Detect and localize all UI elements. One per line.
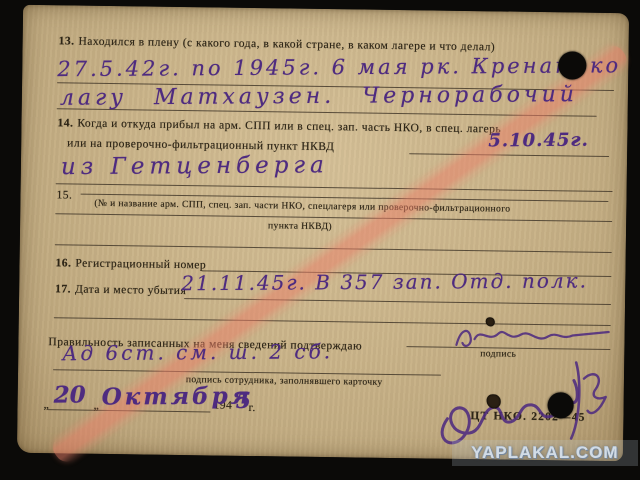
watermark-text: YAPLAKAL.COM: [471, 443, 618, 463]
item14-number: 14.: [57, 117, 73, 129]
item15-caption-line2: пункта НКВД): [268, 221, 332, 232]
ruled-line: [409, 153, 609, 157]
item14-answer-from: из Гетценберга: [61, 152, 329, 180]
item14-label-line2: или на проверочно-фильтрационный пункт Н…: [67, 137, 334, 153]
item13-answer-line2: лагу Матхаузен. Чернорабочий: [60, 82, 578, 111]
item13-number: 13.: [59, 35, 75, 47]
item13-answer-line1: 27.5.42г. по 1945г. 6 мая рк. Кренак, ко: [57, 53, 621, 81]
item16-row: 16.Регистрационный номер: [55, 257, 206, 271]
ruled-line: [56, 183, 613, 192]
item15-number: 15.: [56, 189, 72, 201]
date-month: Октября: [102, 382, 252, 410]
item14-answer-date: 5.10.45г.: [488, 130, 589, 152]
date-open-quote: „: [43, 397, 49, 412]
filtration-card-paper: 13.Находился в плену (с какого года, в к…: [17, 5, 629, 461]
item17-row: 17.Дата и место убытия: [55, 283, 186, 297]
item13-row: 13.Находился в плену (с какого года, в к…: [59, 35, 496, 53]
tiny-tear: [486, 317, 495, 326]
small-hole: [487, 394, 501, 408]
item14-label-line1: Когда и откуда прибыл на арм. СПП или в …: [77, 118, 501, 136]
item14-row: 14.Когда и откуда прибыл на арм. СПП или…: [57, 117, 501, 135]
item16-number: 16.: [55, 257, 71, 269]
item17-label: Дата и место убытия: [75, 284, 186, 298]
date-year-handwritten: 5: [236, 388, 251, 414]
photo-of-filtration-card: { "document": { "type": "Soviet NKVD fil…: [0, 0, 640, 480]
item16-label: Регистрационный номер: [75, 258, 206, 272]
item17-number: 17.: [55, 283, 71, 295]
item15-caption-line1: (№ и название арм. СПП, спец. зап. части…: [94, 199, 510, 215]
ruled-line: [55, 213, 612, 222]
ruled-line: [55, 244, 612, 253]
clerk-handwriting: Ад 6ст. см. ш. 2 сб.: [62, 339, 333, 365]
date-mid-quote: „: [93, 398, 99, 413]
item17-answer: 21.11.45г. В 357 зап. Отд. полк.: [181, 268, 588, 295]
date-day: 20: [54, 381, 86, 408]
watermark: YAPLAKAL.COM: [452, 440, 638, 466]
item13-label: Находился в плену (с какого года, в како…: [78, 36, 495, 54]
ruled-line: [184, 298, 611, 305]
